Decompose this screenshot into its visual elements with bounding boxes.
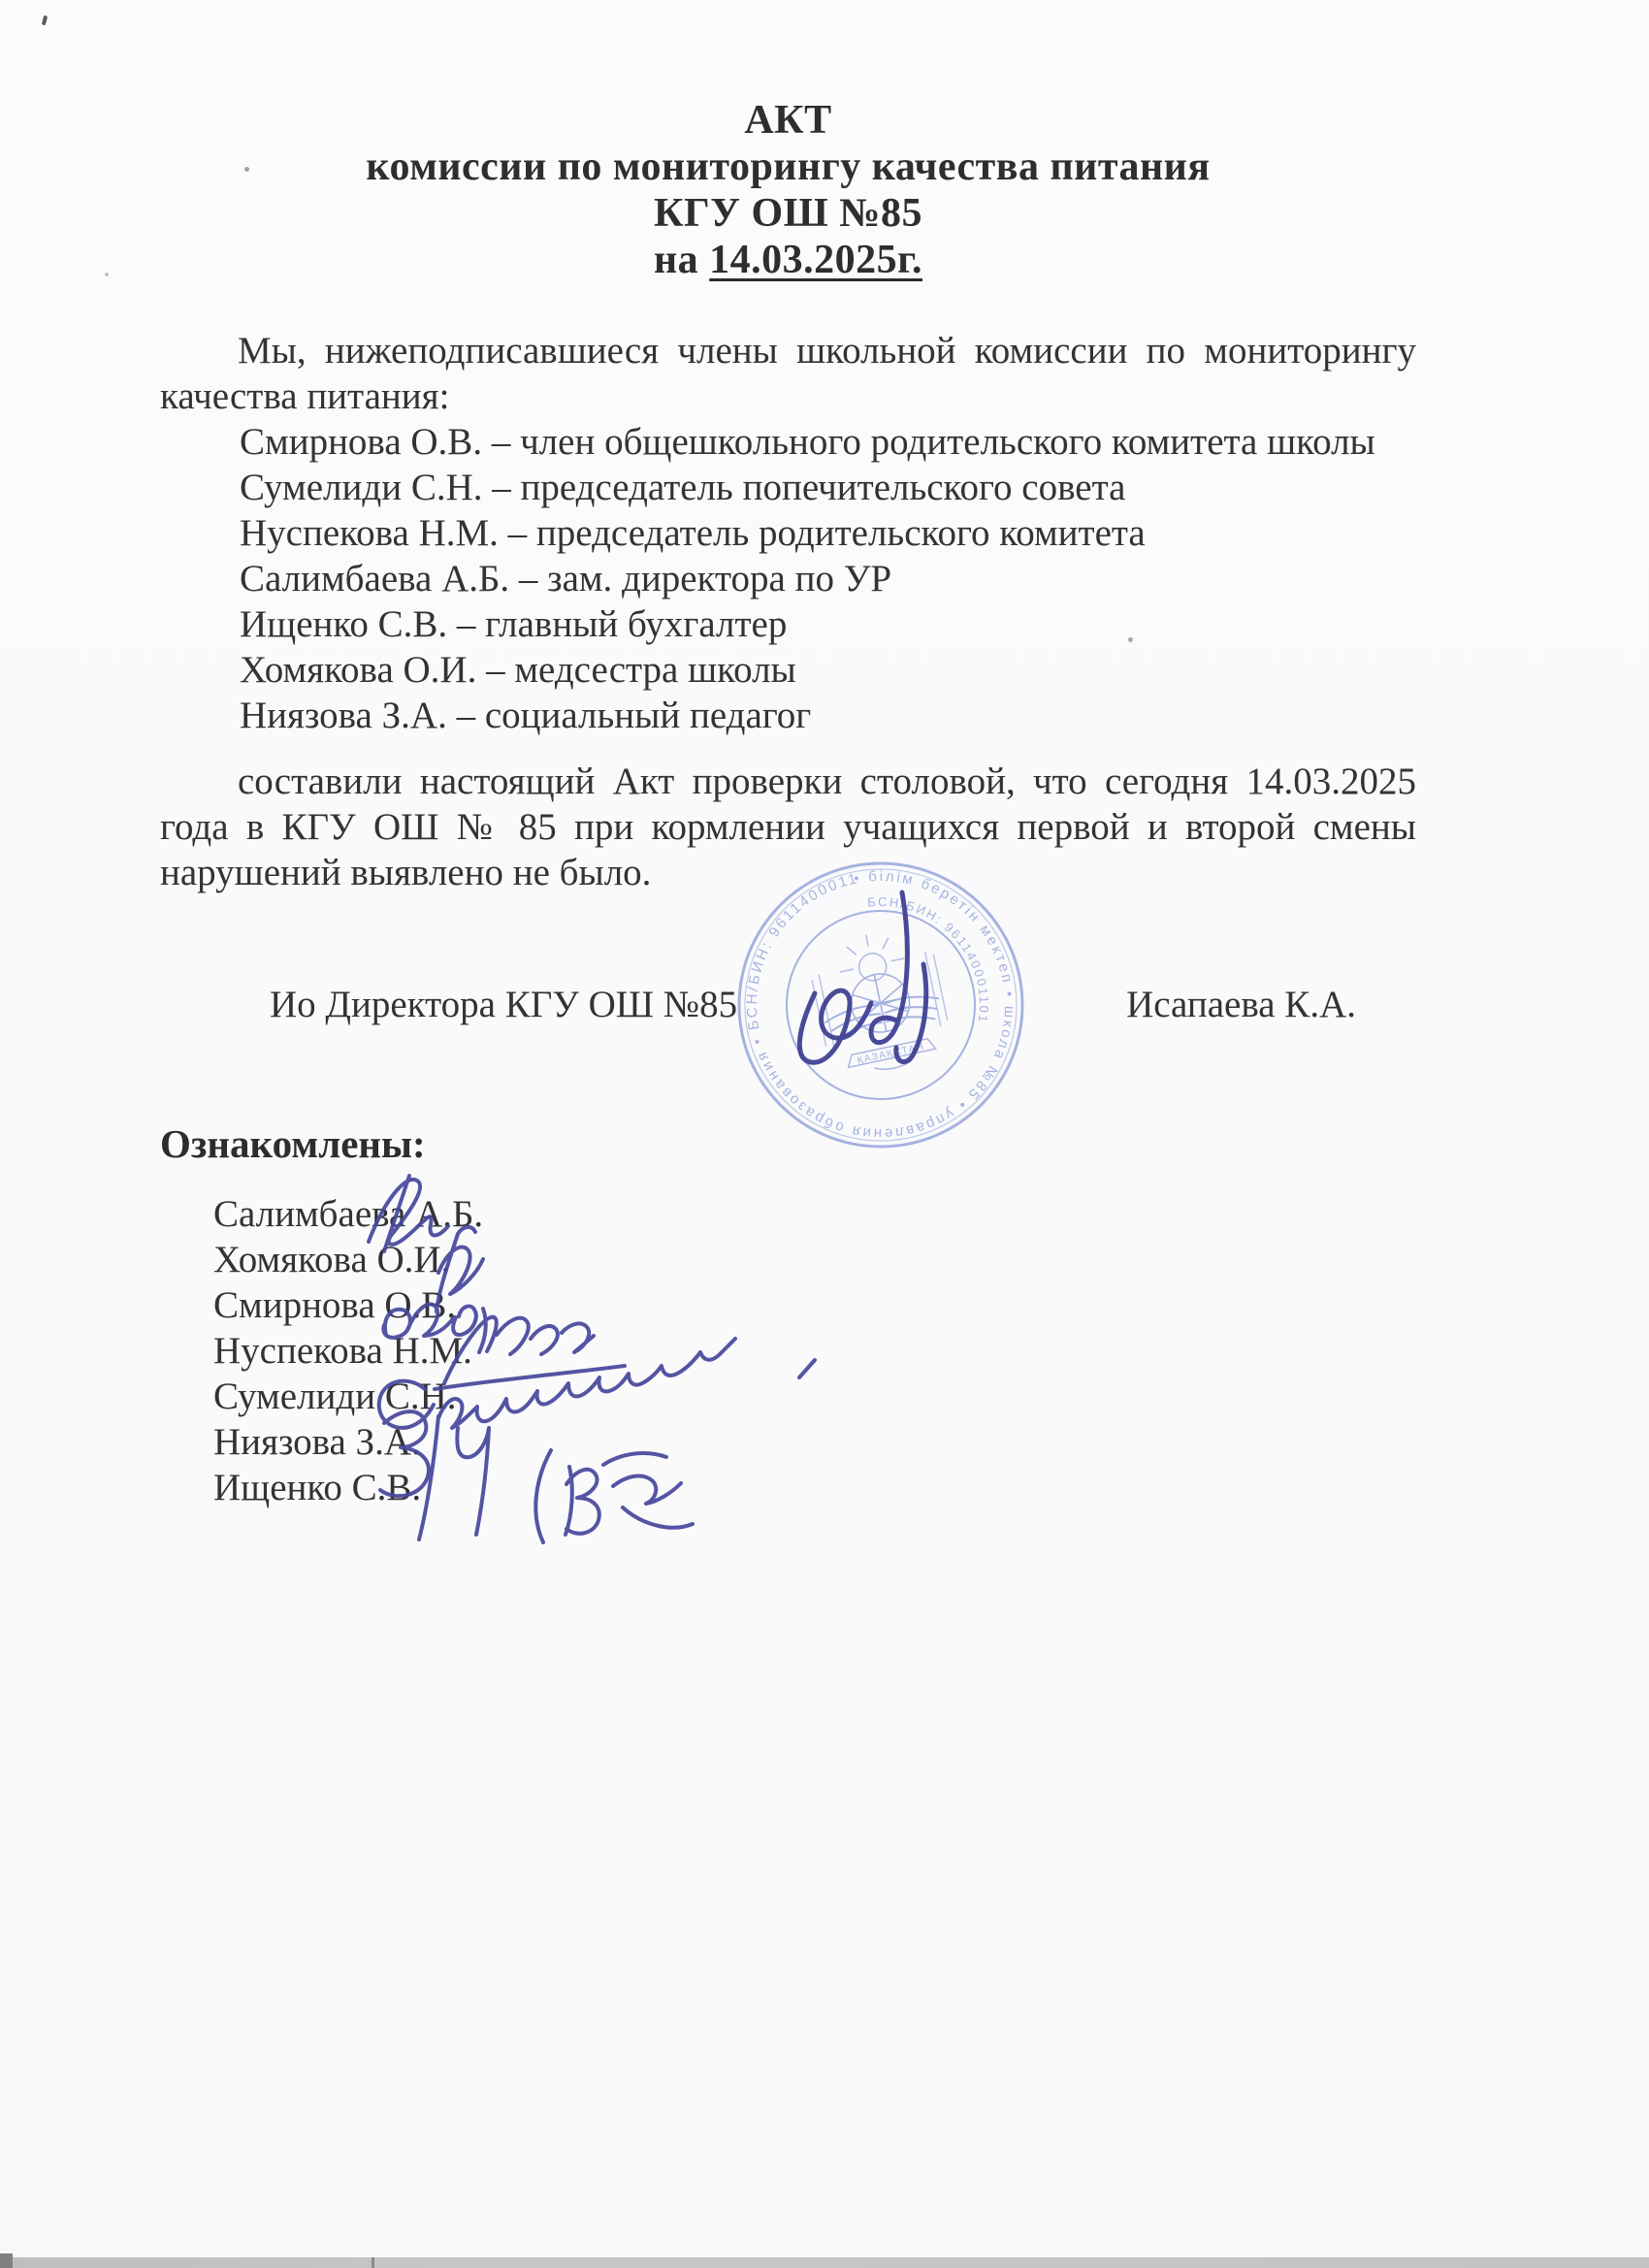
acknowledged-name: Хомякова О.И. bbox=[213, 1237, 483, 1282]
title-line-act: АКТ bbox=[160, 97, 1416, 144]
scan-speck bbox=[244, 167, 249, 172]
acknowledged-name: Ищенко С.В. bbox=[213, 1465, 483, 1510]
signature-ishchenko bbox=[535, 1450, 693, 1542]
intro-line-1: Мы, нижеподписавшиеся члены школьной ком… bbox=[160, 328, 1416, 373]
member-line: Нуспекова Н.М. – председатель родительск… bbox=[160, 510, 1416, 556]
acknowledged-list: Салимбаева А.Б. Хомякова О.И. Смирнова О… bbox=[213, 1191, 483, 1510]
intro-line-2: качества питания: bbox=[160, 373, 1416, 419]
conclusion-line-1: составили настоящий Акт проверки столово… bbox=[160, 759, 1416, 804]
member-line: Ниязова З.А. – социальный педагог bbox=[160, 693, 1416, 738]
document-body: Мы, нижеподписавшиеся члены школьной ком… bbox=[160, 328, 1416, 895]
title-line-school: КГУ ОШ №85 bbox=[160, 190, 1416, 237]
title-date-underlined: 14.03.2025г. bbox=[709, 238, 922, 282]
member-line: Ищенко С.В. – главный бухгалтер bbox=[160, 601, 1416, 647]
scan-speck bbox=[42, 16, 48, 26]
scan-speck bbox=[1128, 637, 1133, 642]
acknowledged-name: Смирнова О.В. bbox=[213, 1282, 483, 1328]
scan-artifact-corner bbox=[0, 2253, 13, 2268]
member-line: Хомякова О.И. – медсестра школы bbox=[160, 647, 1416, 693]
director-label: Ио Директора КГУ ОШ №85 bbox=[270, 982, 737, 1028]
scan-speck bbox=[105, 273, 109, 276]
title-line-commission: комиссии по мониторингу качества питания bbox=[160, 144, 1416, 190]
acknowledged-name: Сумелиди С.Н. bbox=[213, 1374, 483, 1419]
scanned-document-page: АКТ комиссии по мониторингу качества пит… bbox=[0, 0, 1649, 2268]
scan-artifact-bottom-edge bbox=[0, 2257, 1649, 2268]
stamp-graphic: • білім беретін мектеп • школа №85 • упр… bbox=[726, 850, 1036, 1166]
stamp-banner: ҚАЗАҚСТАН bbox=[846, 1037, 938, 1077]
member-line: Смирнова О.В. – член общешкольного родит… bbox=[160, 419, 1416, 465]
acknowledged-name: Нуспекова Н.М. bbox=[213, 1328, 483, 1374]
acknowledged-name: Ниязова З.А. bbox=[213, 1419, 483, 1465]
director-name: Исапаева К.А. bbox=[1126, 982, 1356, 1028]
acknowledged-name: Салимбаева А.Б. bbox=[213, 1191, 483, 1237]
official-round-stamp: • білім беретін мектеп • школа №85 • упр… bbox=[726, 850, 1036, 1166]
document-title-block: АКТ комиссии по мониторингу качества пит… bbox=[160, 97, 1416, 283]
member-line: Сумелиди С.Н. – председатель попечительс… bbox=[160, 465, 1416, 510]
stamp-svg: • білім беретін мектеп • школа №85 • упр… bbox=[726, 850, 1036, 1166]
title-date-prefix: на bbox=[654, 238, 709, 282]
member-line: Салимбаева А.Б. – зам. директора по УР bbox=[160, 556, 1416, 601]
conclusion-line-2: года в КГУ ОШ № 85 при кормлении учащихс… bbox=[160, 804, 1416, 850]
acknowledged-heading: Ознакомлены: bbox=[160, 1120, 426, 1167]
title-line-date: на 14.03.2025г. bbox=[160, 237, 1416, 283]
scan-artifact-tick bbox=[372, 2257, 374, 2268]
